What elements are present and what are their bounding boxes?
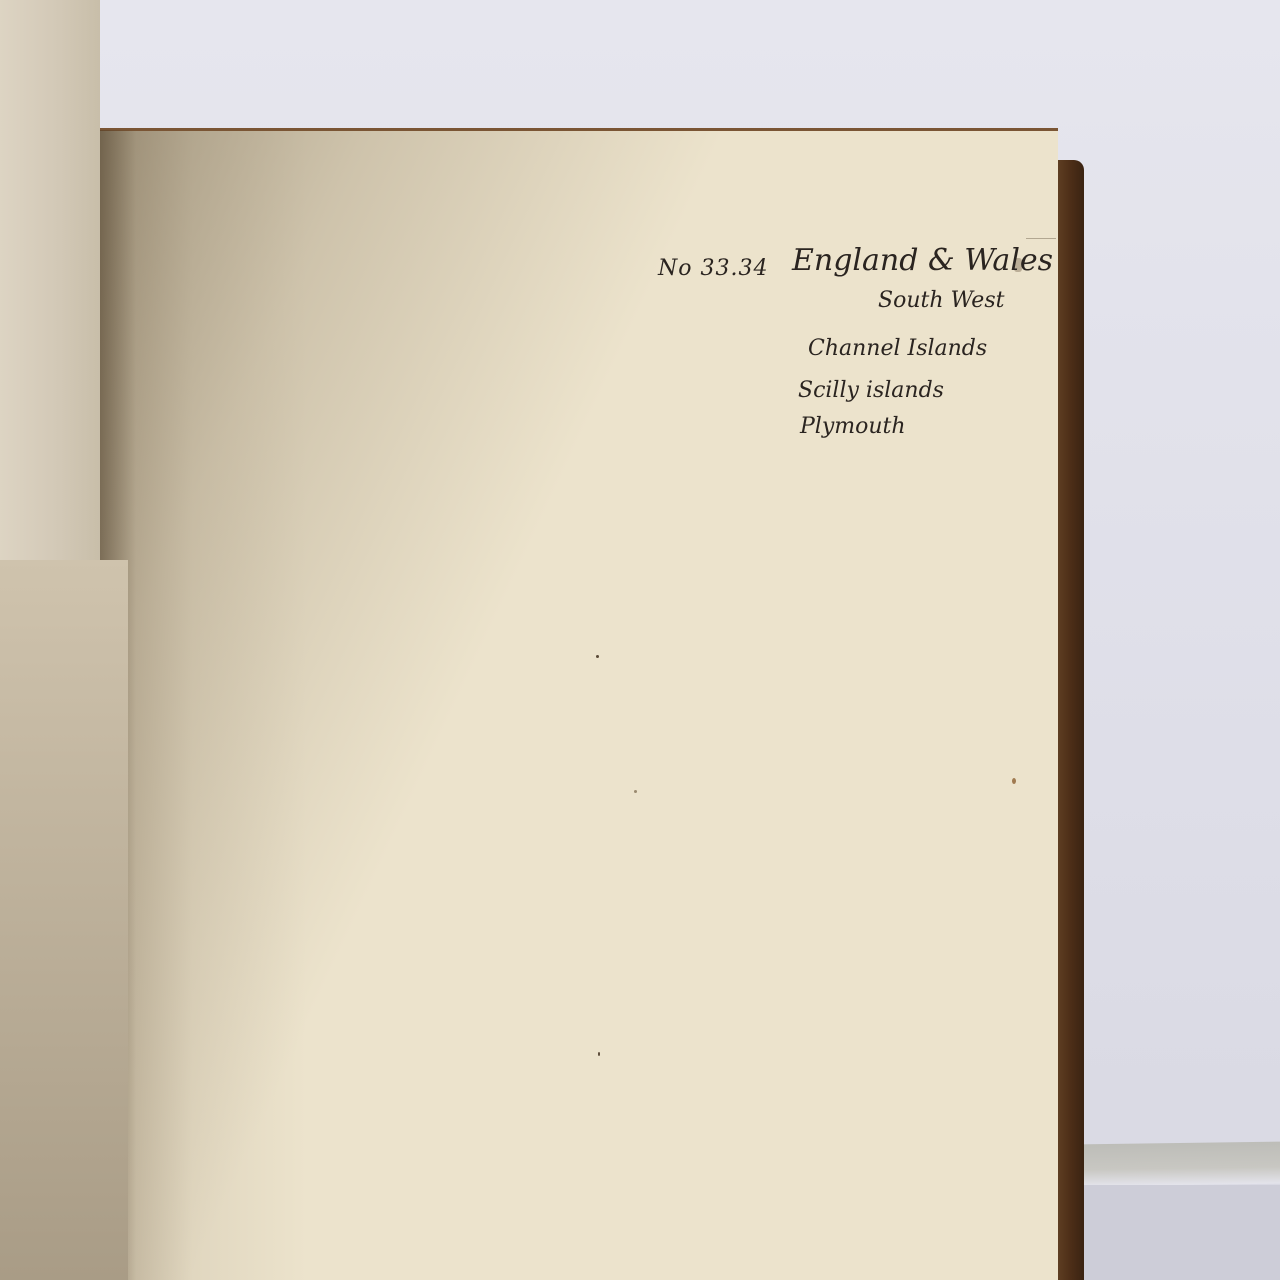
inscription-title: England & Wales [792, 243, 1053, 278]
page-speck [598, 1052, 600, 1056]
page-speck [596, 655, 599, 658]
inscription-line: Channel Islands [808, 336, 987, 361]
inscription-number: No 33.34 [658, 256, 768, 281]
inscription-line: Plymouth [800, 414, 906, 439]
wall-ledge [1080, 1142, 1280, 1187]
left-page-shadow [0, 560, 128, 1280]
wall-lower [1080, 1185, 1280, 1280]
page-speck [1012, 778, 1016, 784]
inscription-line: Scilly islands [798, 378, 944, 403]
inscription-subtitle: South West [878, 288, 1004, 313]
pencil-mark [1026, 238, 1056, 239]
page-speck [634, 790, 637, 793]
